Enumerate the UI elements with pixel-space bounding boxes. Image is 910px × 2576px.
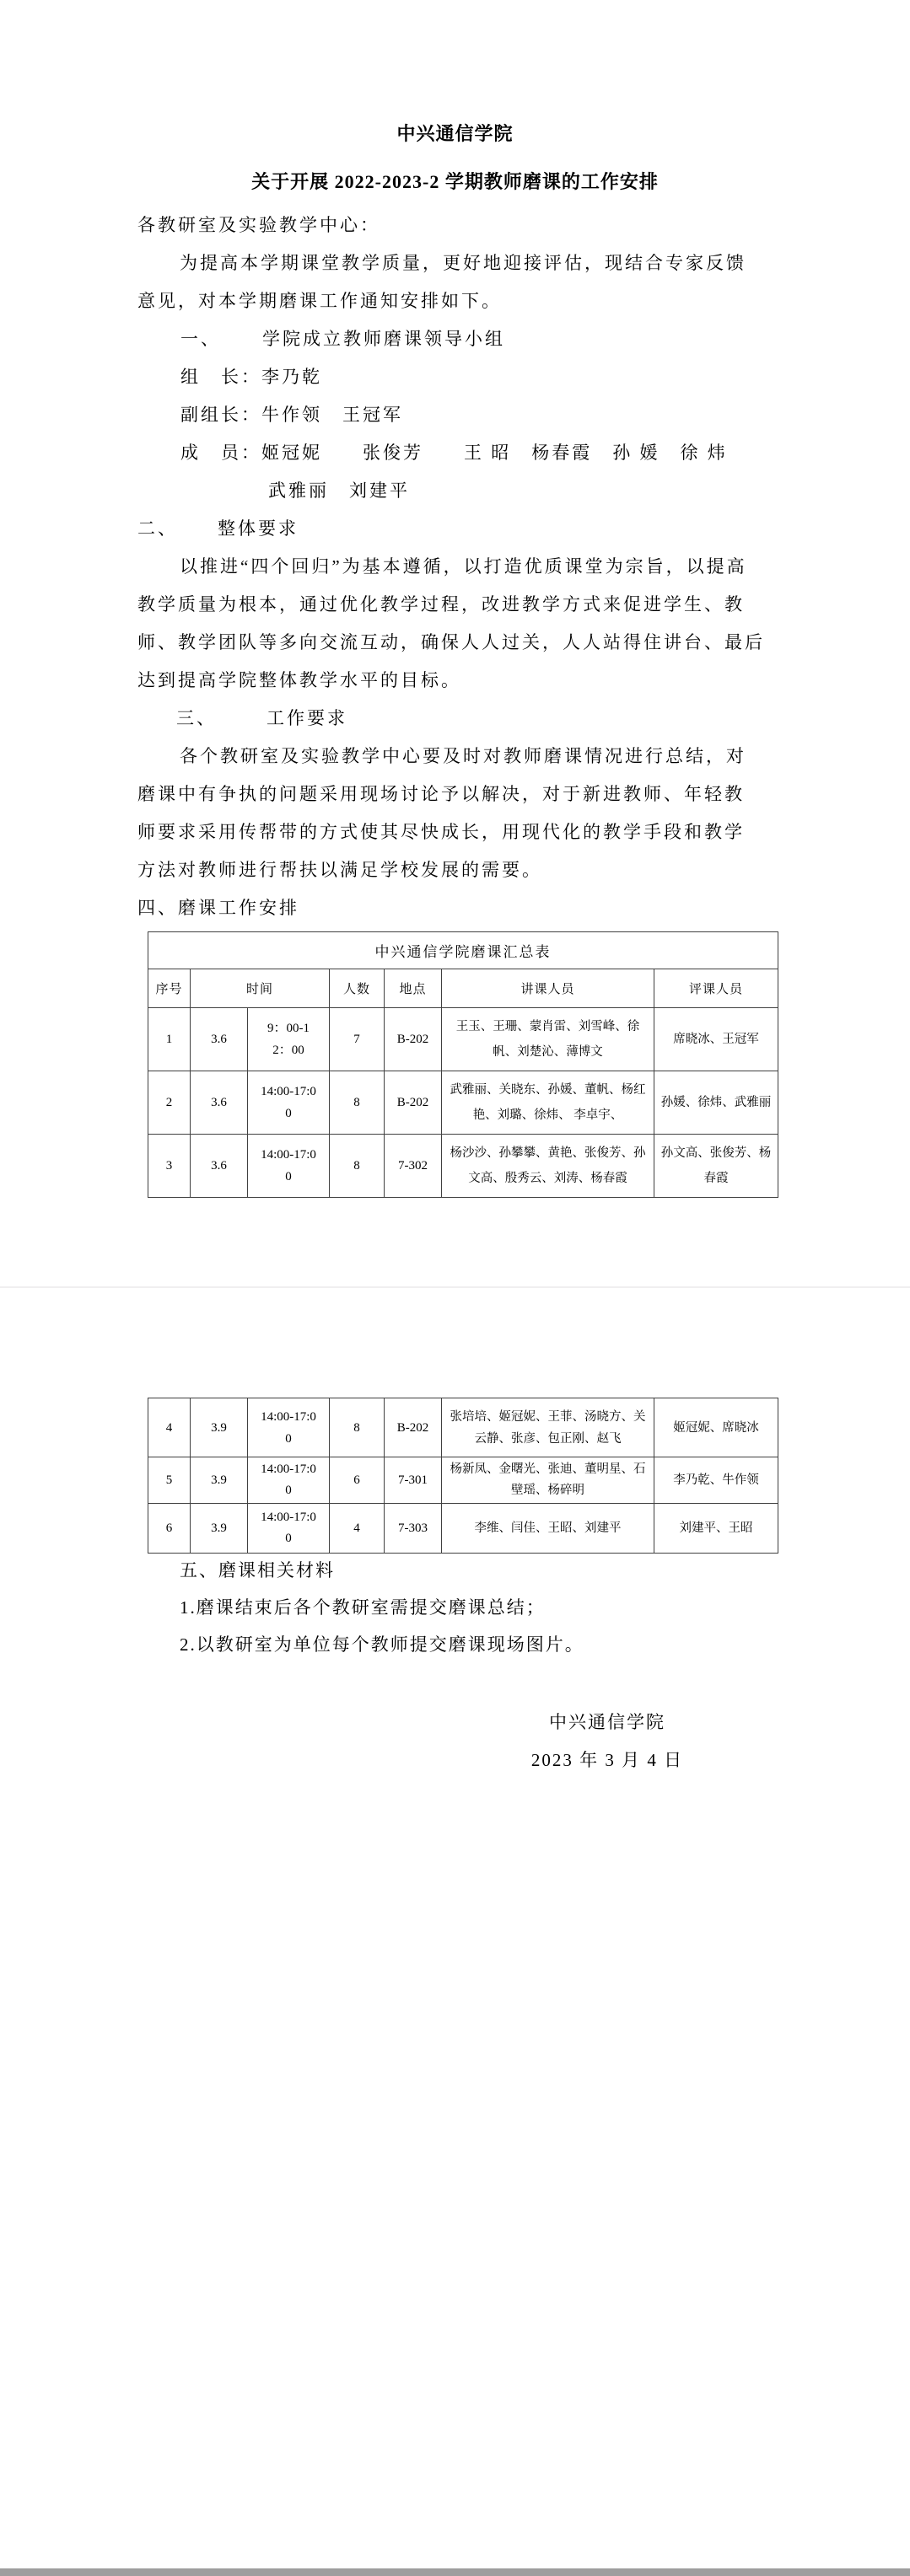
cell-no: 2 [148, 1071, 191, 1135]
cell-time: 9：00-12：00 [248, 1008, 330, 1071]
cell-count: 8 [330, 1071, 385, 1135]
cell-reviewers: 李乃乾、牛作领 [654, 1457, 778, 1504]
col-header-room: 地点 [385, 969, 442, 1008]
list-item: 1.磨课结束后各个教研室需提交磨课总结； [180, 1589, 584, 1626]
cell-no: 4 [148, 1398, 191, 1457]
cell-no: 1 [148, 1008, 191, 1071]
summary-table-page1: 中兴通信学院磨课汇总表 序号 时间 人数 地点 讲课人员 评课人员 1 3.6 … [148, 931, 778, 1198]
section-five: 五、磨课相关材料 1.磨课结束后各个教研室需提交磨课总结； 2.以教研室为单位每… [180, 1552, 584, 1663]
paragraph-line: 达到提高学院整体教学水平的目标。 [0, 662, 910, 700]
paragraph-line: 师、教学团队等多向交流互动，确保人人过关，人人站得住讲台、最后 [0, 624, 910, 662]
section-title: 整体要求 [218, 518, 299, 539]
cell-room: B-202 [385, 1071, 442, 1135]
leader-name: 李乃乾 [261, 367, 322, 387]
cell-lecturers: 杨沙沙、孙攀攀、黄艳、张俊芳、孙文高、殷秀云、刘涛、杨春霞 [442, 1135, 654, 1198]
cell-reviewers: 席晓冰、王冠军 [654, 1008, 778, 1071]
doc-title: 中兴通信学院 [0, 115, 910, 153]
member-line: 成 员：姬冠妮 张俊芳 王 昭 杨春霞 孙 媛 徐 炜 [0, 434, 910, 472]
cell-reviewers: 姬冠妮、席晓冰 [654, 1398, 778, 1457]
section-number: 一、 [180, 329, 221, 349]
cell-count: 8 [330, 1135, 385, 1198]
member-names: 姬冠妮 张俊芳 王 昭 杨春霞 孙 媛 徐 炜 [261, 443, 728, 463]
cell-no: 5 [148, 1457, 191, 1504]
cell-reviewers: 刘建平、王昭 [654, 1504, 778, 1554]
summary-table-page2: 4 3.9 14:00-17:00 8 B-202 张培培、姬冠妮、王菲、汤晓方… [148, 1398, 778, 1554]
cell-date: 3.9 [191, 1457, 248, 1504]
document-page: 中兴通信学院 关于开展 2022-2023-2 学期教师磨课的工作安排 各教研室… [0, 0, 910, 2576]
cell-reviewers: 孙文高、张俊芳、杨春霞 [654, 1135, 778, 1198]
cell-count: 7 [330, 1008, 385, 1071]
cell-count: 4 [330, 1504, 385, 1554]
section-heading-2: 二、整体要求 [0, 510, 910, 548]
cell-date: 3.9 [191, 1504, 248, 1554]
section-heading-5: 五、磨课相关材料 [180, 1552, 584, 1589]
paragraph-line: 意见，对本学期磨课工作通知安排如下。 [0, 282, 910, 320]
leader-label: 组 长： [180, 367, 261, 387]
cell-time: 14:00-17:00 [248, 1135, 330, 1198]
signature-block: 中兴通信学院 2023 年 3 月 4 日 [439, 1704, 776, 1779]
member-label: 成 员： [180, 443, 261, 463]
deputy-label: 副组长： [180, 405, 261, 425]
cell-no: 6 [148, 1504, 191, 1554]
cell-room: 7-301 [385, 1457, 442, 1504]
salutation-line: 各教研室及实验教学中心： [0, 207, 910, 244]
doc-subtitle: 关于开展 2022-2023-2 学期教师磨课的工作安排 [0, 163, 910, 201]
cell-date: 3.6 [191, 1071, 248, 1135]
section-number: 三、 [176, 708, 217, 728]
table-row: 2 3.6 14:00-17:00 8 B-202 武雅丽、关晓东、孙媛、董帆、… [148, 1071, 778, 1135]
paragraph-line: 为提高本学期课堂教学质量，更好地迎接评估，现结合专家反馈 [0, 244, 910, 282]
cell-no: 3 [148, 1135, 191, 1198]
table-row: 5 3.9 14:00-17:00 6 7-301 杨新凤、金曙光、张迪、董明星… [148, 1457, 778, 1504]
paragraph-line: 以推进“四个回归”为基本遵循，以打造优质课堂为宗旨，以提高 [0, 548, 910, 586]
signature-date: 2023 年 3 月 4 日 [439, 1741, 776, 1779]
cell-count: 6 [330, 1457, 385, 1504]
paragraph-line: 教学质量为根本，通过优化教学过程，改进教学方式来促进学生、教 [0, 586, 910, 624]
section-heading-4: 四、磨课工作安排 [0, 889, 910, 927]
cell-date: 3.6 [191, 1135, 248, 1198]
cell-time: 14:00-17:00 [248, 1504, 330, 1554]
col-header-count: 人数 [330, 969, 385, 1008]
cell-reviewers: 孙媛、徐炜、武雅丽 [654, 1071, 778, 1135]
col-header-time: 时间 [191, 969, 330, 1008]
cell-lecturers: 杨新凤、金曙光、张迪、董明星、石壁瑶、杨碎明 [442, 1457, 654, 1504]
cell-room: 7-302 [385, 1135, 442, 1198]
section-number: 二、 [137, 518, 178, 539]
cell-lecturers: 王玉、王珊、蒙肖雷、刘雪峰、徐帆、刘楚沁、薄博文 [442, 1008, 654, 1071]
table-row: 6 3.9 14:00-17:00 4 7-303 李维、闫佳、王昭、刘建平 刘… [148, 1504, 778, 1554]
page-break-separator [0, 1286, 910, 1288]
cell-lecturers: 张培培、姬冠妮、王菲、汤晓方、关云静、张彦、包正刚、赵飞 [442, 1398, 654, 1457]
table-row: 4 3.9 14:00-17:00 8 B-202 张培培、姬冠妮、王菲、汤晓方… [148, 1398, 778, 1457]
col-header-no: 序号 [148, 969, 191, 1008]
signature-name: 中兴通信学院 [439, 1704, 776, 1741]
section-heading-1: 一、学院成立教师磨课领导小组 [0, 320, 910, 358]
paragraph-line: 各个教研室及实验教学中心要及时对教师磨课情况进行总结，对 [0, 738, 910, 775]
section-title: 学院成立教师磨课领导小组 [262, 329, 505, 349]
col-header-reviewers: 评课人员 [654, 969, 778, 1008]
cell-lecturers: 武雅丽、关晓东、孙媛、董帆、杨红艳、刘璐、徐炜、 李卓宇、 [442, 1071, 654, 1135]
cell-room: B-202 [385, 1008, 442, 1071]
cell-date: 3.9 [191, 1398, 248, 1457]
member-line-2: 武雅丽 刘建平 [0, 472, 910, 510]
bottom-gray-bar [0, 2568, 910, 2576]
col-header-lecturers: 讲课人员 [442, 969, 654, 1008]
document-body: 各教研室及实验教学中心： 为提高本学期课堂教学质量，更好地迎接评估，现结合专家反… [0, 207, 910, 927]
cell-time: 14:00-17:00 [248, 1457, 330, 1504]
deputy-names: 牛作领 王冠军 [261, 405, 403, 425]
deputy-line: 副组长：牛作领 王冠军 [0, 396, 910, 434]
cell-date: 3.6 [191, 1008, 248, 1071]
cell-time: 14:00-17:00 [248, 1071, 330, 1135]
table-row: 1 3.6 9：00-12：00 7 B-202 王玉、王珊、蒙肖雷、刘雪峰、徐… [148, 1008, 778, 1071]
table-row: 3 3.6 14:00-17:00 8 7-302 杨沙沙、孙攀攀、黄艳、张俊芳… [148, 1135, 778, 1198]
cell-room: B-202 [385, 1398, 442, 1457]
section-title: 工作要求 [267, 708, 347, 728]
leader-line: 组 长：李乃乾 [0, 358, 910, 396]
cell-count: 8 [330, 1398, 385, 1457]
table-title: 中兴通信学院磨课汇总表 [148, 932, 778, 969]
cell-room: 7-303 [385, 1504, 442, 1554]
paragraph-line: 磨课中有争执的问题采用现场讨论予以解决，对于新进教师、年轻教 [0, 775, 910, 813]
table-header-row: 序号 时间 人数 地点 讲课人员 评课人员 [148, 969, 778, 1008]
paragraph-line: 方法对教师进行帮扶以满足学校发展的需要。 [0, 851, 910, 889]
cell-lecturers: 李维、闫佳、王昭、刘建平 [442, 1504, 654, 1554]
list-item: 2.以教研室为单位每个教师提交磨课现场图片。 [180, 1626, 584, 1663]
paragraph-line: 师要求采用传帮带的方式使其尽快成长，用现代化的教学手段和教学 [0, 813, 910, 851]
cell-time: 14:00-17:00 [248, 1398, 330, 1457]
section-heading-3: 三、工作要求 [0, 700, 910, 738]
